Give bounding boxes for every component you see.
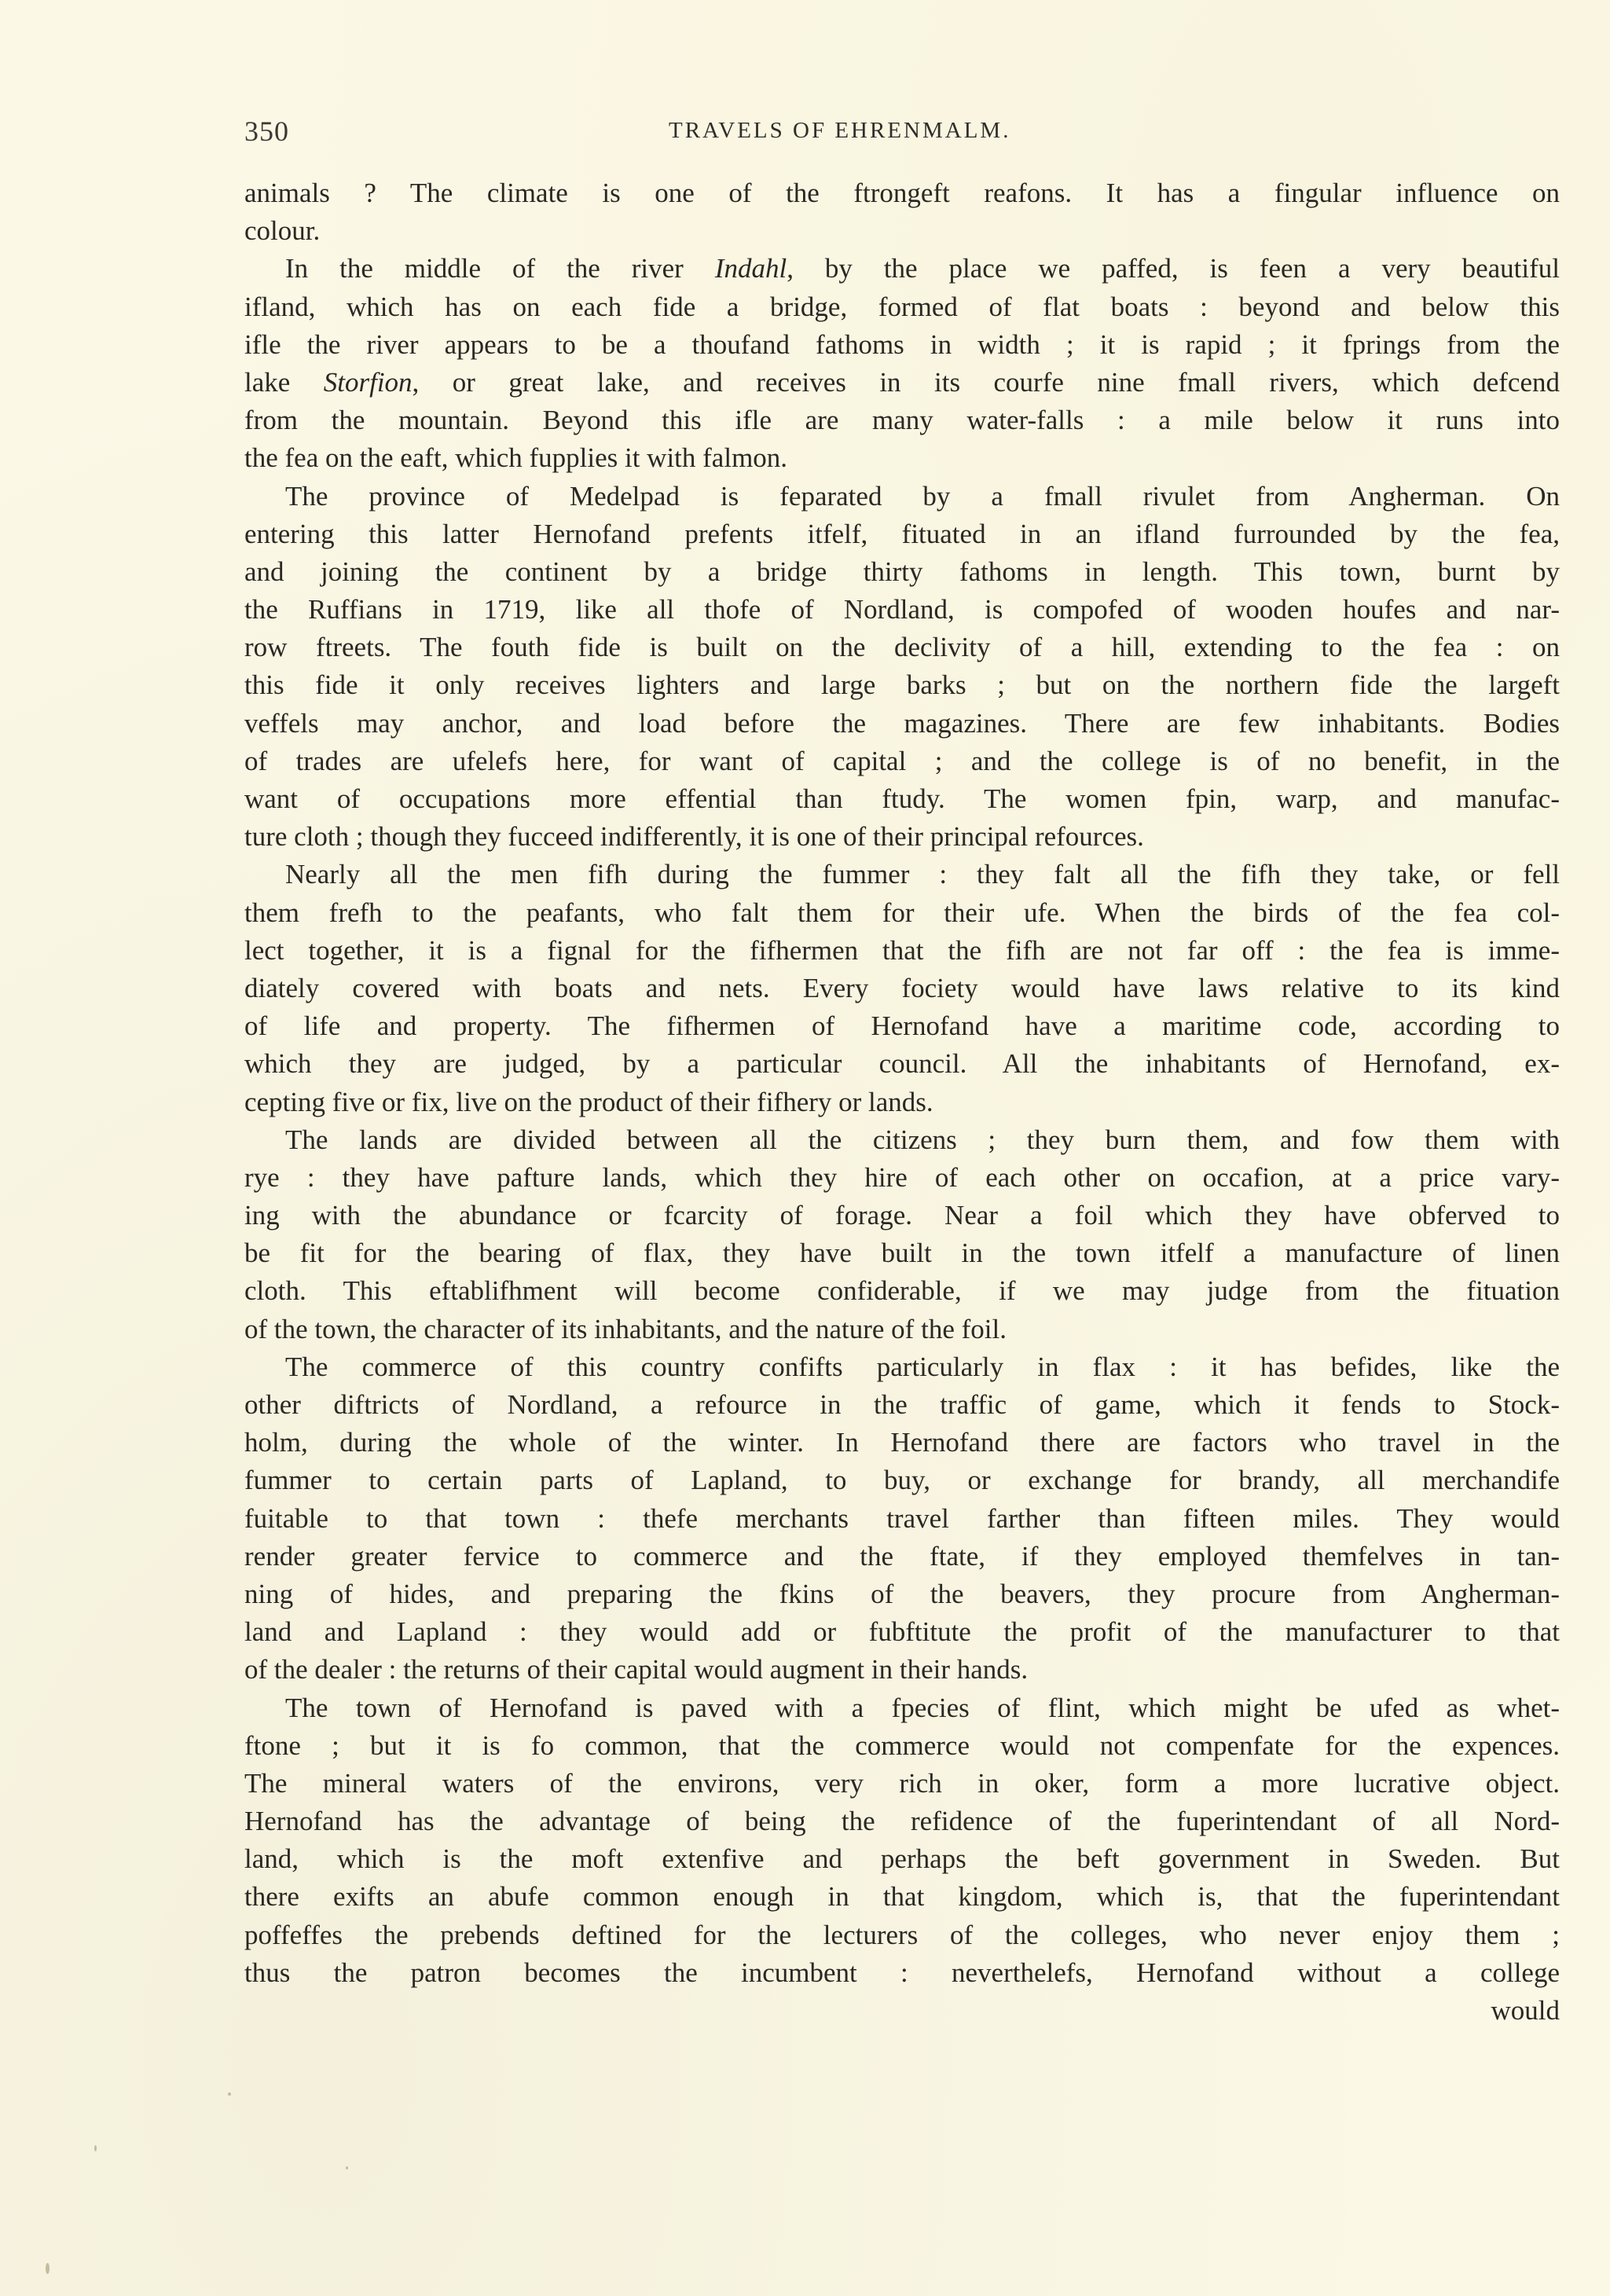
- text-line: ing with the abundance or fcarcity of fo…: [244, 1197, 1560, 1234]
- paper-fleck: [46, 2263, 50, 2274]
- text-line: veffels may anchor, and load before the …: [244, 705, 1560, 743]
- text-line: Hernofand has the advantage of being the…: [244, 1803, 1560, 1840]
- text-line: entering this latter Hernofand prefents …: [244, 515, 1560, 553]
- text-line: render greater fervice to commerce and t…: [244, 1538, 1560, 1575]
- text-line: of the dealer : the returns of their cap…: [244, 1651, 1560, 1689]
- text-line: ifle the river appears to be a thoufand …: [244, 326, 1560, 364]
- paragraph: The lands are divided between all the ci…: [244, 1121, 1560, 1348]
- text-line: land, which is the moft extenfive and pe…: [244, 1840, 1560, 1878]
- paragraph: The commerce of this country confifts pa…: [244, 1348, 1560, 1689]
- text-line: which they are judged, by a particular c…: [244, 1045, 1560, 1083]
- text-line: rye : they have pafture lands, which the…: [244, 1159, 1560, 1197]
- paragraph: Nearly all the men fifh during the fumme…: [244, 856, 1560, 1120]
- text-line: The province of Medelpad is feparated by…: [244, 478, 1560, 515]
- text-line: lect together, it is a fignal for the fi…: [244, 932, 1560, 970]
- italic-place-name: Indahl: [715, 253, 787, 284]
- text-line: ning of hides, and preparing the fkins o…: [244, 1575, 1560, 1613]
- text-line: the Ruffians in 1719, like all thofe of …: [244, 591, 1560, 629]
- text-line: ture cloth ; though they fucceed indiffe…: [244, 818, 1560, 856]
- text-line: cepting five or fix, live on the product…: [244, 1084, 1560, 1121]
- paper-fleck: [346, 2166, 348, 2169]
- paragraph: animals ? The climate is one of the ftro…: [244, 174, 1560, 250]
- paper-fleck: [94, 2145, 97, 2151]
- text-line: The mineral waters of the environs, very…: [244, 1765, 1560, 1803]
- text-line: holm, during the whole of the winter. In…: [244, 1424, 1560, 1462]
- page-number: 350: [244, 115, 289, 148]
- text-line: be fit for the bearing of flax, they hav…: [244, 1234, 1560, 1272]
- running-title: TRAVELS OF EHRENMALM.: [669, 118, 1010, 144]
- text-line: The town of Hernofand is paved with a fp…: [244, 1689, 1560, 1727]
- text-line: there exifts an abufe common enough in t…: [244, 1878, 1560, 1916]
- text-line: the fea on the eaft, which fupplies it w…: [244, 439, 1560, 477]
- text-line: ftone ; but it is fo common, that the co…: [244, 1727, 1560, 1765]
- text-line: of the town, the character of its inhabi…: [244, 1311, 1560, 1348]
- body-text: animals ? The climate is one of the ftro…: [244, 174, 1560, 2030]
- running-head: 350 TRAVELS OF EHRENMALM.: [244, 112, 1560, 151]
- paper-fleck: [228, 2092, 231, 2096]
- text-line: cloth. This eftablifhment will become co…: [244, 1272, 1560, 1310]
- text-line: thus the patron becomes the incumbent : …: [244, 1954, 1560, 1992]
- text-line: The commerce of this country confifts pa…: [244, 1348, 1560, 1386]
- paragraph: The town of Hernofand is paved with a fp…: [244, 1689, 1560, 1993]
- text-line: of life and property. The fifhermen of H…: [244, 1007, 1560, 1045]
- text-line: land and Lapland : they would add or fub…: [244, 1613, 1560, 1651]
- text-line: them frefh to the peafants, who falt the…: [244, 894, 1560, 932]
- text-line: The lands are divided between all the ci…: [244, 1121, 1560, 1159]
- italic-place-name: Storfion: [324, 367, 413, 398]
- text-line: colour.: [244, 212, 1560, 250]
- text-line: other diftricts of Nordland, a refource …: [244, 1386, 1560, 1424]
- text-line: animals ? The climate is one of the ftro…: [244, 174, 1560, 212]
- text-line: poffeffes the prebends deftined for the …: [244, 1916, 1560, 1954]
- text-line: of trades are ufelefs here, for want of …: [244, 743, 1560, 780]
- text-line: from the mountain. Beyond this ifle are …: [244, 402, 1560, 439]
- text-line: Nearly all the men fifh during the fumme…: [244, 856, 1560, 893]
- catchword: would: [244, 1992, 1560, 2030]
- text-line: this fide it only receives lighters and …: [244, 666, 1560, 704]
- text-line: want of occupations more effential than …: [244, 780, 1560, 818]
- text-line: and joining the continent by a bridge th…: [244, 553, 1560, 591]
- text-line: fuitable to that town : thefe merchants …: [244, 1500, 1560, 1538]
- text-line: In the middle of the river Indahl, by th…: [244, 250, 1560, 288]
- text-line: lake Storfion, or great lake, and receiv…: [244, 364, 1560, 402]
- text-line: row ftreets. The fouth fide is built on …: [244, 629, 1560, 666]
- text-line: fummer to certain parts of Lapland, to b…: [244, 1462, 1560, 1499]
- paragraph: In the middle of the river Indahl, by th…: [244, 250, 1560, 477]
- paragraph: The province of Medelpad is feparated by…: [244, 478, 1560, 856]
- text-line: diately covered with boats and nets. Eve…: [244, 970, 1560, 1007]
- text-line: ifland, which has on each fide a bridge,…: [244, 288, 1560, 326]
